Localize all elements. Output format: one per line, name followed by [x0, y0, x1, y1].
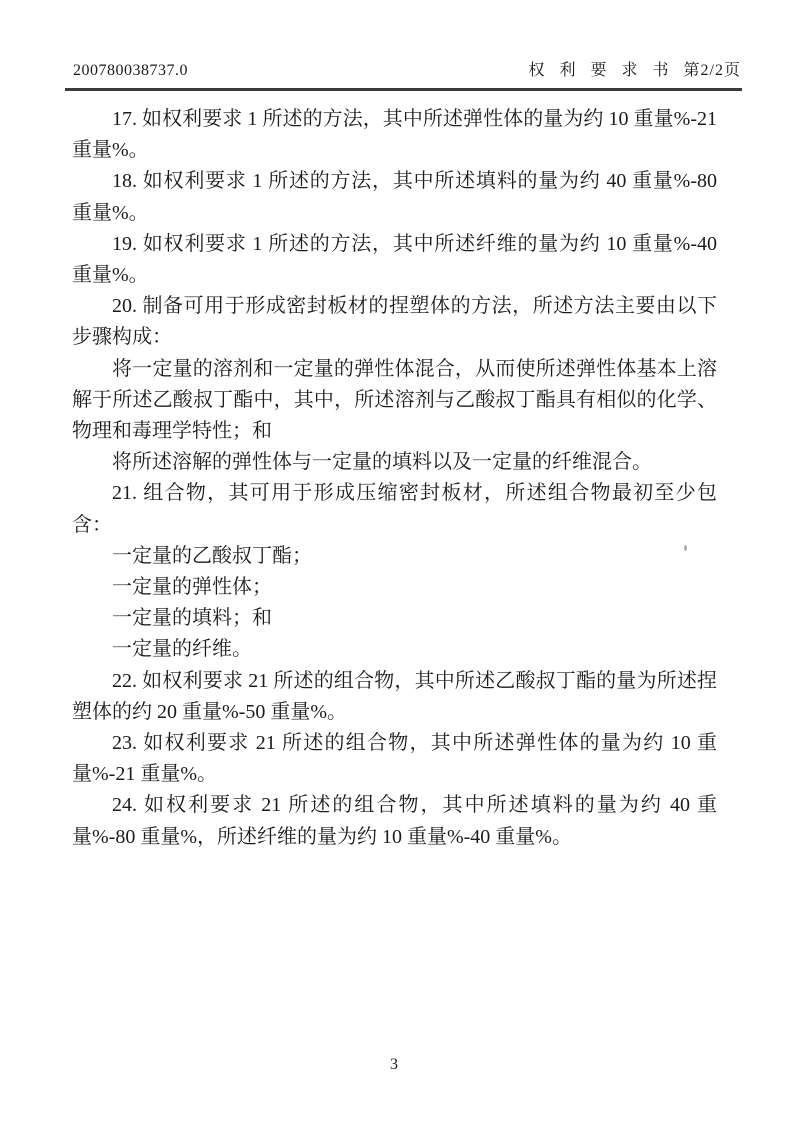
claim-23: 23. 如权利要求 21 所述的组合物，其中所述弹性体的量为约 10 重量%-2…: [72, 728, 717, 790]
claim-21-component-solvent: 一定量的乙酸叔丁酯；: [72, 541, 717, 572]
claim-19: 19. 如权利要求 1 所述的方法，其中所述纤维的量为约 10 重量%-40 重…: [72, 229, 717, 291]
claim-24: 24. 如权利要求 21 所述的组合物，其中所述填料的量为约 40 重量%-80…: [72, 790, 717, 852]
claim-22: 22. 如权利要求 21 所述的组合物，其中所述乙酸叔丁酯的量为所述捏塑体的约 …: [72, 666, 717, 728]
patent-claims-page: 200780038737.0 权 利 要 求 书 第2/2页 17. 如权利要求…: [0, 0, 788, 1122]
page-header: 200780038737.0 权 利 要 求 书 第2/2页: [73, 57, 741, 80]
page-footer: 3: [0, 1056, 788, 1074]
application-number: 200780038737.0: [73, 62, 188, 80]
claims-body: 17. 如权利要求 1 所述的方法，其中所述弹性体的量为约 10 重量%-21 …: [72, 104, 717, 853]
claim-17: 17. 如权利要求 1 所述的方法，其中所述弹性体的量为约 10 重量%-21 …: [72, 104, 717, 166]
claim-21-component-elastomer: 一定量的弹性体；: [72, 572, 717, 603]
claim-21-component-filler: 一定量的填料；和: [72, 603, 717, 634]
claim-21-component-fiber: 一定量的纤维。: [72, 634, 717, 665]
claim-18: 18. 如权利要求 1 所述的方法，其中所述填料的量为约 40 重量%-80 重…: [72, 166, 717, 228]
claim-20-step-mixing: 将一定量的溶剂和一定量的弹性体混合，从而使所述弹性体基本上溶解于所述乙酸叔丁酯中…: [72, 354, 717, 448]
header-divider: [65, 88, 742, 91]
scan-speck: [684, 545, 687, 551]
document-title: 权 利 要 求 书 第2/2页: [529, 57, 741, 80]
scan-speck: [542, 833, 547, 838]
claim-20: 20. 制备可用于形成密封板材的捏塑体的方法，所述方法主要由以下步骤构成：: [72, 291, 717, 353]
claim-21: 21. 组合物，其可用于形成压缩密封板材，所述组合物最初至少包含：: [72, 478, 717, 540]
page-number: 3: [390, 1056, 398, 1073]
claim-20-step-combining: 将所述溶解的弹性体与一定量的填料以及一定量的纤维混合。: [72, 447, 717, 478]
